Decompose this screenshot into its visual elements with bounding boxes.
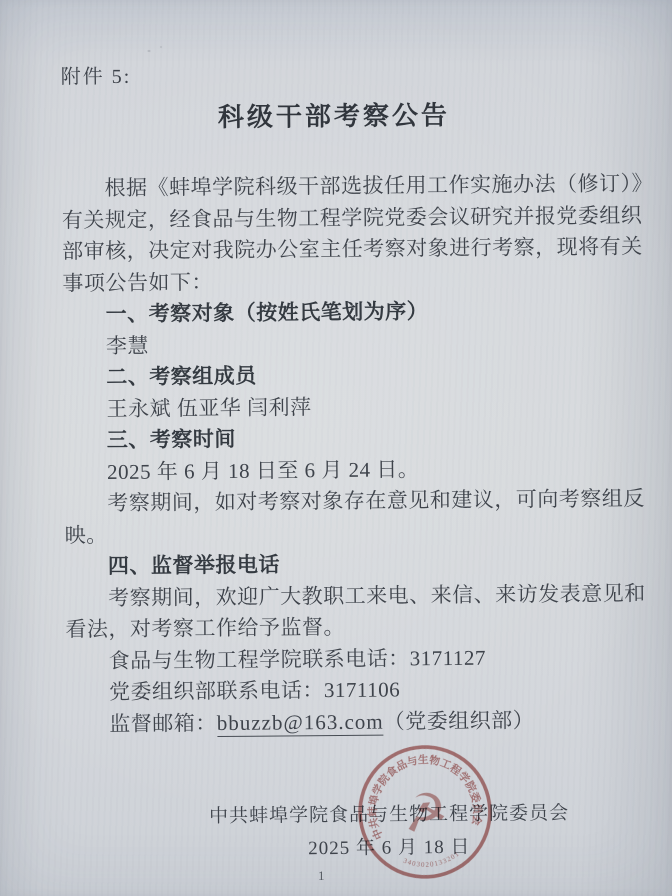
- feedback-line-2: 映。: [64, 515, 610, 551]
- document-photo: 附件 5: 科级干部考察公告 根据《蚌埠学院科级干部选拔任用工作实施办法（修订）…: [0, 0, 672, 896]
- notice-page: 附件 5: 科级干部考察公告 根据《蚌埠学院科级干部选拔任用工作实施办法（修订）…: [60, 56, 613, 868]
- page-title: 科级干部考察公告: [61, 94, 607, 136]
- inspection-period: 2025 年 6 月 18 日至 6 月 24 日。: [64, 452, 610, 488]
- section-2-heading: 二、考察组成员: [63, 358, 609, 394]
- signature-block: 中共蚌埠学院食品与生物工程学院委员会 2025 年 6 月 18 日: [209, 797, 570, 866]
- supervision-line-2: 看法，对考察工作给予监督。: [65, 610, 611, 646]
- section-3-heading: 三、考察时间: [64, 421, 610, 457]
- signature-org: 中共蚌埠学院食品与生物工程学院委员会: [209, 797, 569, 833]
- org-dept-phone-line: 党委组织部联系电话：3171106: [66, 673, 612, 709]
- paper-speck: [142, 42, 170, 58]
- notice-body: 根据《蚌埠学院科级干部选拔任用工作实施办法（修订）》 有关规定，经食品与生物工程…: [61, 169, 612, 741]
- intro-line-1: 根据《蚌埠学院科级干部选拔任用工作实施办法（修订）》: [61, 169, 607, 205]
- candidate-name: 李慧: [63, 326, 609, 362]
- intro-line-4: 事项公告如下：: [62, 263, 608, 299]
- signature-date: 2025 年 6 月 18 日: [209, 830, 569, 866]
- attachment-label: 附件 5:: [60, 56, 606, 90]
- intro-line-3: 部审核，决定对我院办公室主任考察对象进行考察，现将有关: [62, 232, 608, 268]
- email-address: bbuzzb@163.com: [217, 709, 384, 736]
- intro-line-2: 有关规定，经食品与生物工程学院党委会议研究并报党委组织: [62, 200, 608, 236]
- section-4-heading: 四、监督举报电话: [65, 547, 611, 583]
- email-line: 监督邮箱：bbuzzb@163.com（党委组织部）: [66, 704, 612, 740]
- page-number: 1: [318, 868, 325, 884]
- inspection-team-members: 王永斌 伍亚华 闫利萍: [63, 389, 609, 425]
- feedback-line-1: 考察期间，如对考察对象存在意见和建议，可向考察组反: [64, 484, 610, 520]
- college-phone-line: 食品与生物工程学院联系电话：3171127: [66, 641, 612, 677]
- email-label: 监督邮箱：: [66, 711, 217, 736]
- section-1-heading: 一、考察对象（按姓氏笔划为序）: [63, 295, 609, 331]
- supervision-line-1: 考察期间，欢迎广大教职工来电、来信、来访发表意见和: [65, 578, 611, 614]
- email-suffix: （党委组织部）: [384, 708, 535, 733]
